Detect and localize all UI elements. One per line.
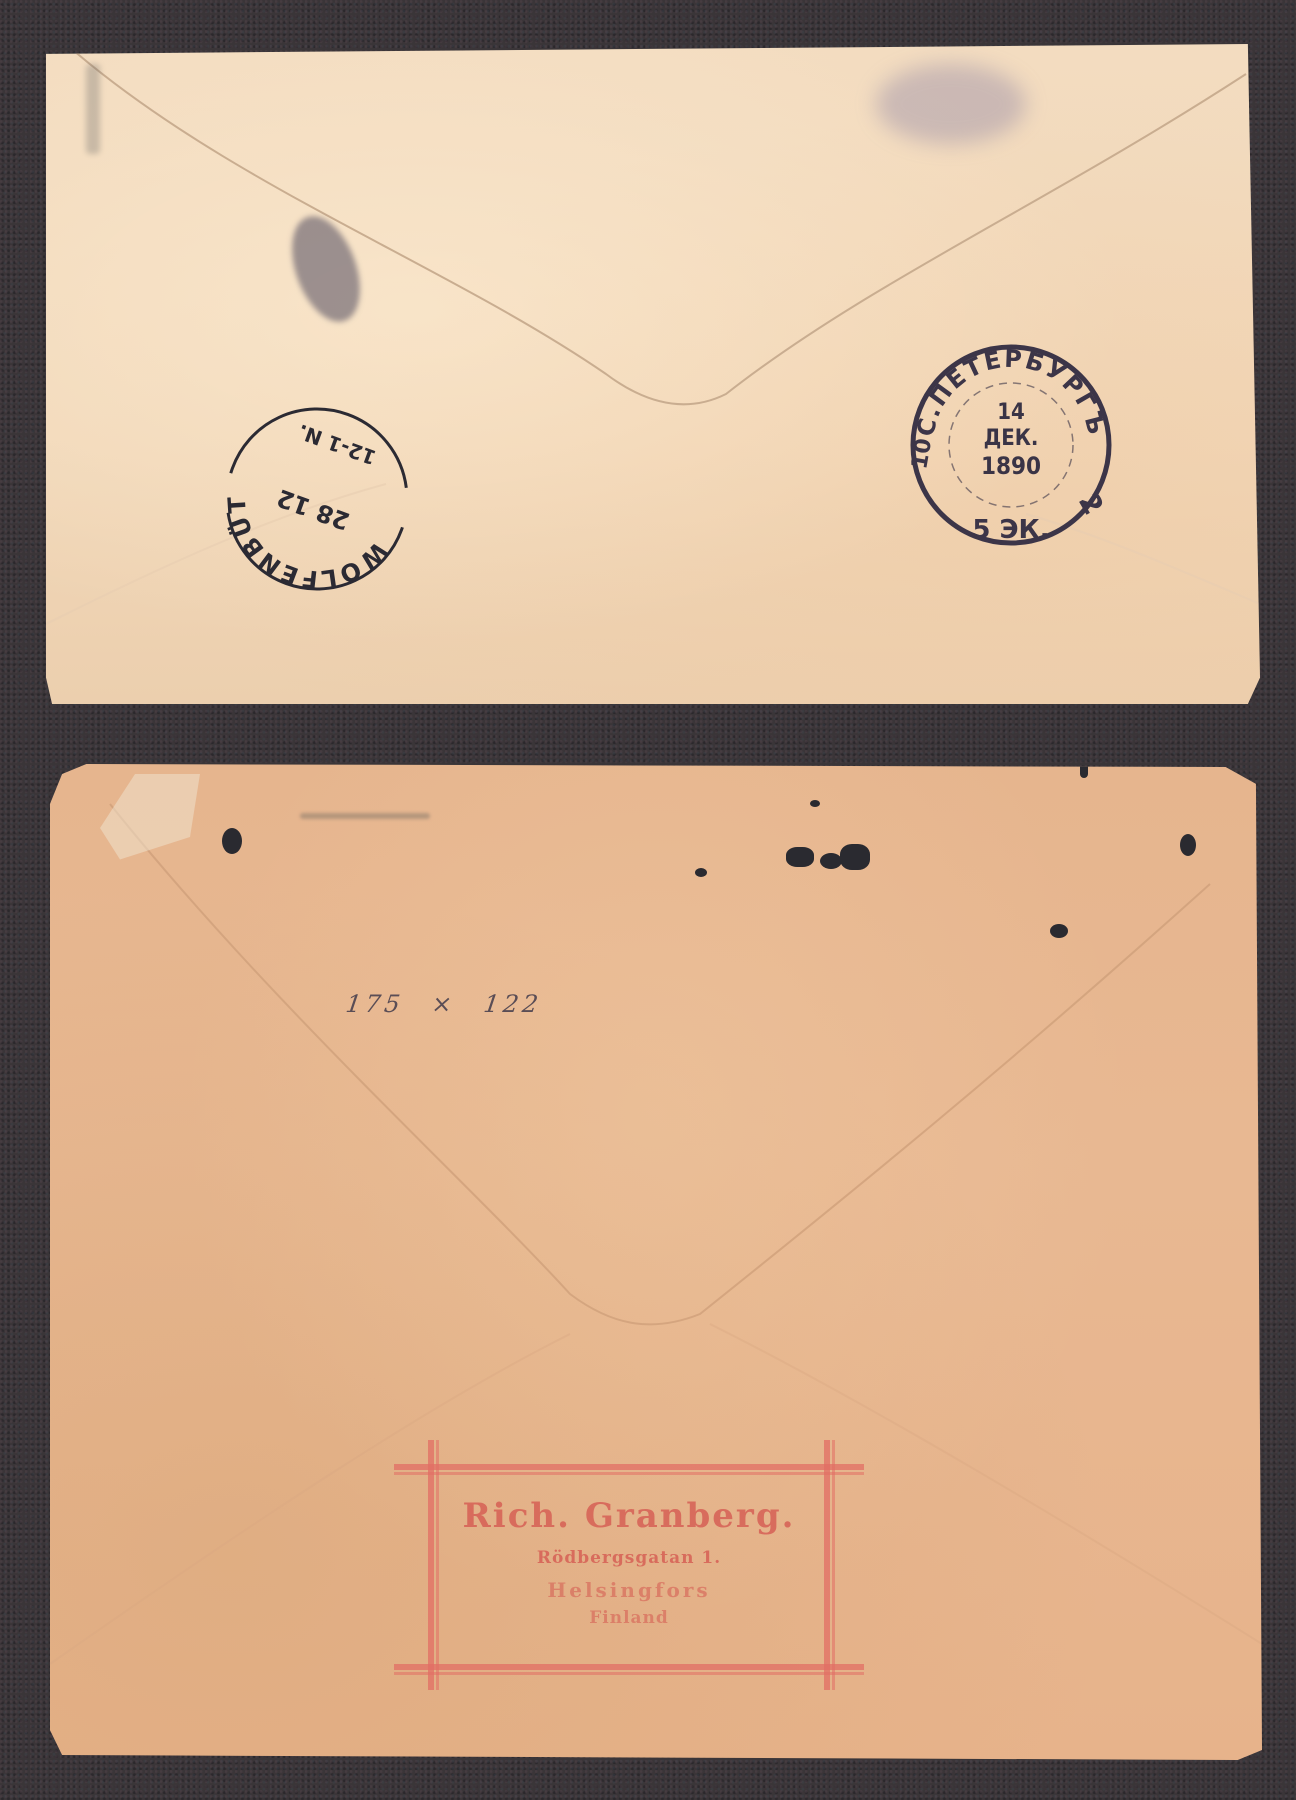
foxing-stain xyxy=(810,800,820,807)
postmark-time: 12-1 N. xyxy=(295,419,380,469)
postmark-st-petersburg: С.ПЕТЕРБУРГЪ 10 2 5 ЭК. 14 ДЕК. 1890 xyxy=(906,340,1116,550)
envelope-bottom: 175×122 Rich. Granberg. Rödbergsgatan 1.… xyxy=(50,764,1262,1760)
foxing-stain xyxy=(1080,754,1088,778)
cachet-frame-bottom xyxy=(394,1664,864,1670)
foxing-stain xyxy=(695,868,707,877)
pencil-notation: 175×122 xyxy=(344,990,572,1018)
sender-street: Rödbergsgatan 1. xyxy=(454,1548,804,1568)
foxing-stain xyxy=(222,828,242,854)
pencil-mark xyxy=(300,813,430,819)
ink-smudge xyxy=(876,64,1026,144)
sender-name: Rich. Granberg. xyxy=(454,1496,804,1536)
postmark-day: 14 xyxy=(906,402,1116,424)
pencil-notation-right: 122 xyxy=(482,990,544,1018)
ink-smudge xyxy=(86,64,100,154)
cachet-frame-left xyxy=(428,1440,434,1690)
foxing-stain xyxy=(1180,834,1196,856)
sender-cachet: Rich. Granberg. Rödbergsgatan 1. Helsing… xyxy=(394,1440,864,1690)
postmark-date: 28 12 xyxy=(273,483,353,535)
pencil-notation-left: 175 xyxy=(344,990,406,1018)
postmark-year: 1890 xyxy=(906,454,1116,478)
envelope-top: С.ПЕТЕРБУРГЪ 10 2 5 ЭК. 14 ДЕК. 1890 WOL… xyxy=(46,44,1260,704)
sender-country: Finland xyxy=(454,1608,804,1628)
pencil-notation-separator: × xyxy=(430,990,458,1018)
cachet-frame-top xyxy=(394,1464,864,1470)
sender-city: Helsingfors xyxy=(454,1578,804,1602)
foxing-stain xyxy=(786,847,814,867)
cachet-frame-right xyxy=(824,1440,830,1690)
foxing-stain xyxy=(1050,924,1068,938)
foxing-stain xyxy=(820,853,842,869)
foxing-stain xyxy=(840,844,870,870)
postmark-bottom-text: 5 ЭК. xyxy=(972,515,1049,545)
postmark-month: ДЕК. xyxy=(906,428,1116,450)
